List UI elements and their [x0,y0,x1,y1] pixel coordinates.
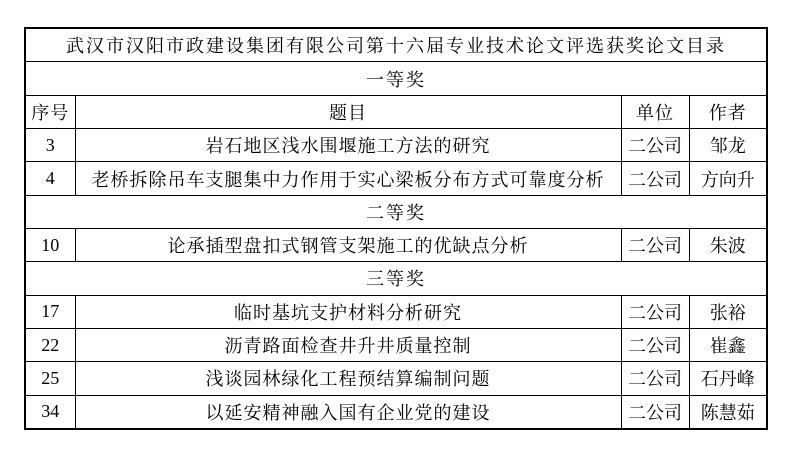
award-section-label: 三等奖 [25,262,767,295]
table-row: 22沥青路面检查井升井质量控制二公司崔鑫 [25,328,767,361]
cell-unit: 二公司 [621,395,689,429]
award-paper-table: 武汉市汉阳市政建设集团有限公司第十六届专业技术论文评选获奖论文目录 一等奖序号题… [24,27,768,430]
cell-author: 石丹峰 [689,362,767,395]
table-row: 10论承插型盘扣式钢管支架施工的优缺点分析二公司朱波 [25,228,767,261]
cell-serial-number: 22 [25,328,75,361]
cell-unit: 二公司 [621,129,689,162]
table-row: 3岩石地区浅水围堰施工方法的研究二公司邹龙 [25,129,767,162]
cell-unit: 二公司 [621,162,689,195]
table-row: 17临时基坑支护材料分析研究二公司张裕 [25,295,767,328]
cell-serial-number: 3 [25,129,75,162]
cell-paper-title: 以延安精神融入国有企业党的建设 [75,395,621,429]
cell-paper-title: 沥青路面检查井升井质量控制 [75,328,621,361]
cell-paper-title: 老桥拆除吊车支腿集中力作用于实心梁板分布方式可靠度分析 [75,162,621,195]
cell-serial-number: 34 [25,395,75,429]
table-row: 25浅谈园林绿化工程预结算编制问题二公司石丹峰 [25,362,767,395]
col-header-title: 题目 [75,95,621,128]
cell-serial-number: 25 [25,362,75,395]
cell-author: 张裕 [689,295,767,328]
col-header-author: 作者 [689,95,767,128]
cell-author: 邹龙 [689,129,767,162]
document-page: 武汉市汉阳市政建设集团有限公司第十六届专业技术论文评选获奖论文目录 一等奖序号题… [0,0,789,452]
cell-paper-title: 临时基坑支护材料分析研究 [75,295,621,328]
cell-unit: 二公司 [621,295,689,328]
cell-author: 朱波 [689,228,767,261]
table-title: 武汉市汉阳市政建设集团有限公司第十六届专业技术论文评选获奖论文目录 [25,28,767,62]
cell-author: 陈慧茹 [689,395,767,429]
award-section-row: 三等奖 [25,262,767,295]
cell-author: 崔鑫 [689,328,767,361]
table-title-row: 武汉市汉阳市政建设集团有限公司第十六届专业技术论文评选获奖论文目录 [25,28,767,62]
award-section-label: 一等奖 [25,62,767,95]
cell-unit: 二公司 [621,362,689,395]
award-section-row: 一等奖 [25,62,767,95]
award-section-row: 二等奖 [25,195,767,228]
table-row: 34以延安精神融入国有企业党的建设二公司陈慧茹 [25,395,767,429]
cell-serial-number: 17 [25,295,75,328]
cell-paper-title: 岩石地区浅水围堰施工方法的研究 [75,129,621,162]
cell-serial-number: 10 [25,228,75,261]
cell-paper-title: 论承插型盘扣式钢管支架施工的优缺点分析 [75,228,621,261]
cell-unit: 二公司 [621,228,689,261]
column-header-row: 序号题目单位作者 [25,95,767,128]
table-body: 武汉市汉阳市政建设集团有限公司第十六届专业技术论文评选获奖论文目录 一等奖序号题… [25,28,767,429]
col-header-no: 序号 [25,95,75,128]
table-row: 4老桥拆除吊车支腿集中力作用于实心梁板分布方式可靠度分析二公司方向升 [25,162,767,195]
col-header-unit: 单位 [621,95,689,128]
cell-paper-title: 浅谈园林绿化工程预结算编制问题 [75,362,621,395]
cell-author: 方向升 [689,162,767,195]
award-section-label: 二等奖 [25,195,767,228]
cell-serial-number: 4 [25,162,75,195]
cell-unit: 二公司 [621,328,689,361]
